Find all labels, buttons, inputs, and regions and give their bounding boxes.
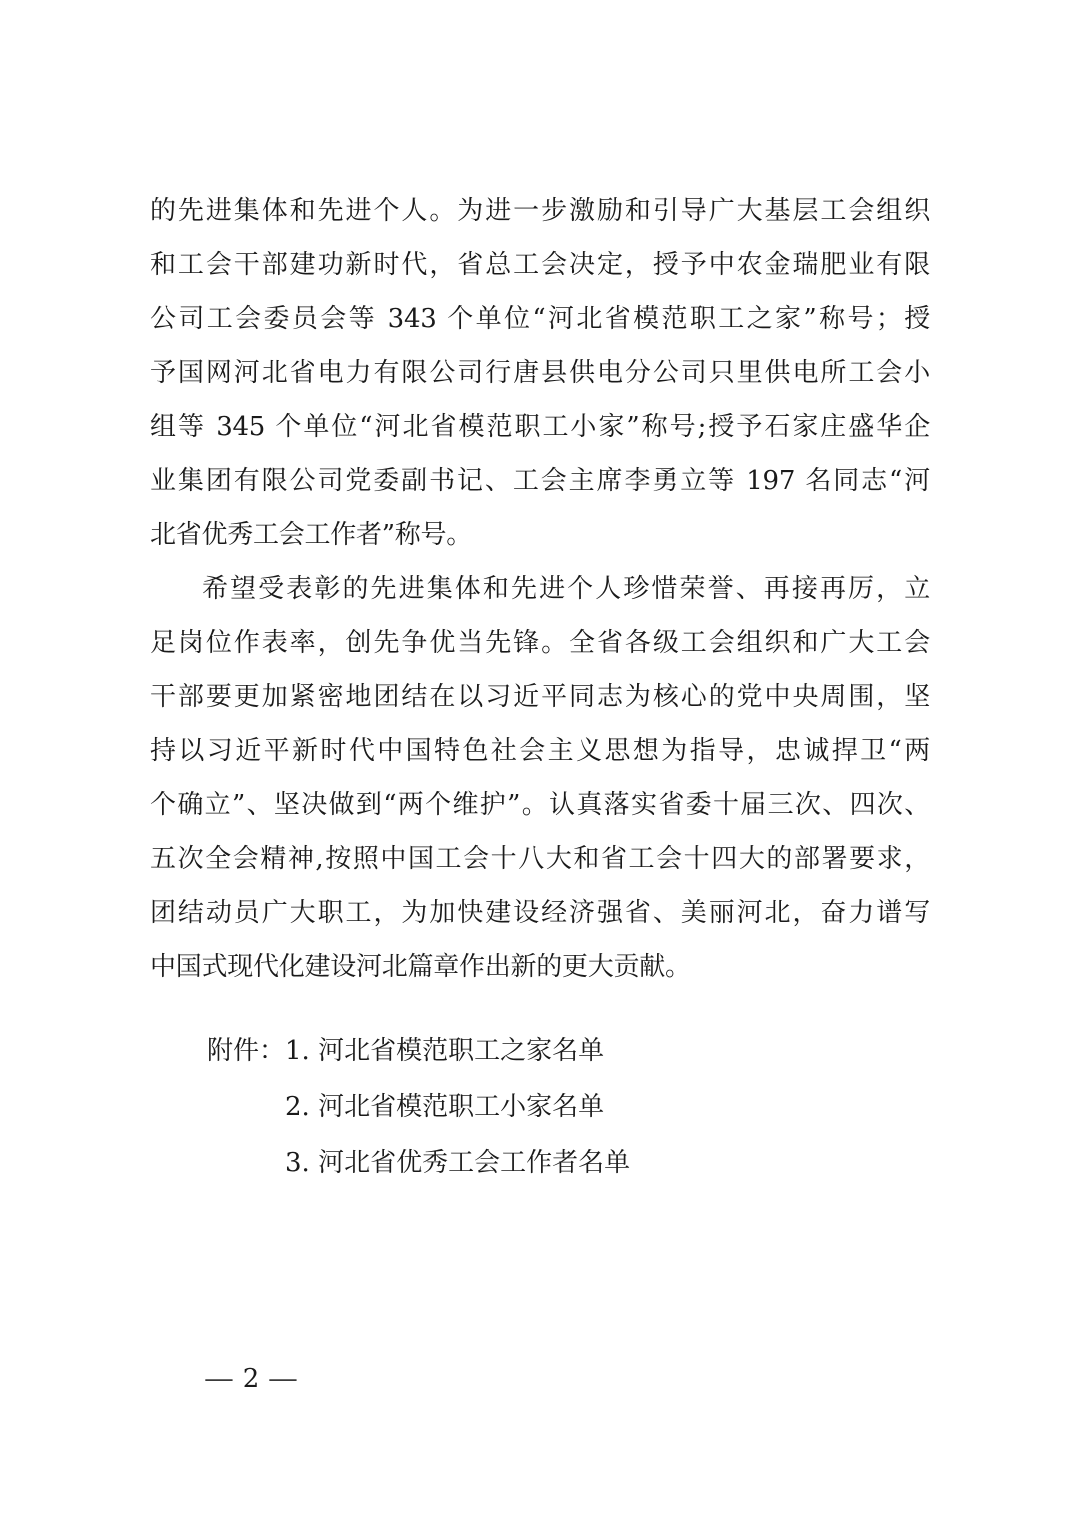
body-line: 的先进集体和先进个人。为进一步激励和引导广大基层工会组织 bbox=[150, 184, 930, 238]
body-line: 予国网河北省电力有限公司行唐县供电分公司只里供电所工会小 bbox=[150, 346, 930, 400]
body-line: 个确立”、坚决做到“两个维护”。认真落实省委十届三次、四次、 bbox=[150, 778, 930, 832]
attachment-item: 2. 河北省模范职工小家名单 bbox=[285, 1079, 630, 1135]
attachments-label: 附件： bbox=[207, 1023, 285, 1079]
body-line: 北省优秀工会工作者”称号。 bbox=[150, 508, 930, 562]
body-line: 公司工会委员会等 343 个单位“河北省模范职工之家”称号；授 bbox=[150, 292, 930, 346]
page-number-footer: — 2 — bbox=[206, 1363, 296, 1395]
document-page: 的先进集体和先进个人。为进一步激励和引导广大基层工会组织 和工会干部建功新时代，… bbox=[0, 0, 1080, 1527]
page-number: 2 bbox=[243, 1363, 260, 1395]
body-line: 中国式现代化建设河北篇章作出新的更大贡献。 bbox=[150, 940, 930, 994]
body-text-block: 的先进集体和先进个人。为进一步激励和引导广大基层工会组织 和工会干部建功新时代，… bbox=[150, 184, 930, 994]
body-line: 业集团有限公司党委副书记、工会主席李勇立等 197 名同志“河 bbox=[150, 454, 930, 508]
body-line: 足岗位作表率，创先争优当先锋。全省各级工会组织和广大工会 bbox=[150, 616, 930, 670]
attachment-item: 3. 河北省优秀工会工作者名单 bbox=[285, 1135, 630, 1191]
body-line: 持以习近平新时代中国特色社会主义思想为指导，忠诚捍卫“两 bbox=[150, 724, 930, 778]
body-line: 团结动员广大职工，为加快建设经济强省、美丽河北，奋力谱写 bbox=[150, 886, 930, 940]
body-line: 五次全会精神,按照中国工会十八大和省工会十四大的部署要求， bbox=[150, 832, 930, 886]
body-line: 和工会干部建功新时代，省总工会决定，授予中农金瑞肥业有限 bbox=[150, 238, 930, 292]
attachments-block: 附件： 1. 河北省模范职工之家名单 2. 河北省模范职工小家名单 3. 河北省… bbox=[207, 1023, 630, 1191]
page-number-right-dash: — bbox=[268, 1363, 298, 1395]
body-line: 希望受表彰的先进集体和先进个人珍惜荣誉、再接再厉，立 bbox=[150, 562, 930, 616]
body-line: 组等 345 个单位“河北省模范职工小家”称号;授予石家庄盛华企 bbox=[150, 400, 930, 454]
page-number-left-dash: — bbox=[204, 1363, 234, 1395]
body-line: 干部要更加紧密地团结在以习近平同志为核心的党中央周围，坚 bbox=[150, 670, 930, 724]
attachment-item: 1. 河北省模范职工之家名单 bbox=[285, 1023, 630, 1079]
attachments-list: 1. 河北省模范职工之家名单 2. 河北省模范职工小家名单 3. 河北省优秀工会… bbox=[285, 1023, 630, 1191]
